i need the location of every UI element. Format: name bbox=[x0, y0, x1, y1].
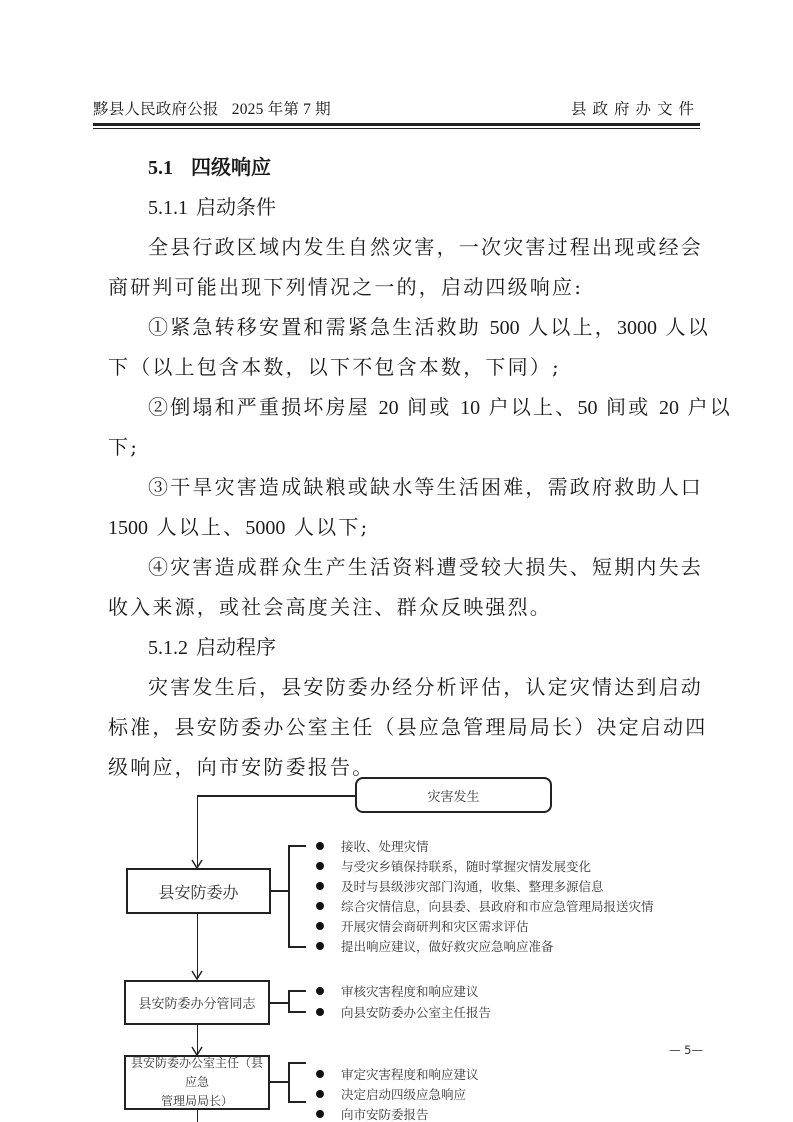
procedure-line: 灾害发生后，县安防委办经分析评估，认定灾情达到启动 bbox=[148, 671, 703, 700]
bullet-icon bbox=[316, 922, 324, 930]
task-text: 开展灾情会商研判和灾区需求评估 bbox=[341, 917, 529, 935]
condition-1-line-2: 下（以上包含本数，以下不包含本数，下同）; bbox=[108, 351, 561, 380]
number: 20 bbox=[379, 397, 399, 419]
bracket-line bbox=[288, 990, 290, 1012]
task-text: 综合灾情信息，向县委、县政府和市应急管理局报送灾情 bbox=[341, 897, 654, 915]
bracket-line bbox=[288, 990, 306, 992]
subsection-heading-conditions: 5.1.1启动条件 bbox=[148, 191, 276, 220]
condition-3-line: ③干旱灾害造成缺粮或缺水等生活困难，需政府救助人口 bbox=[148, 471, 703, 500]
subsection-number: 5.1.2 bbox=[148, 637, 188, 659]
bracket-line bbox=[270, 1081, 288, 1083]
connector-line bbox=[197, 795, 355, 797]
task-item: 审定灾害程度和响应建议 bbox=[316, 1065, 479, 1083]
task-item: 接收、处理灾情 bbox=[316, 837, 429, 855]
bullet-icon bbox=[316, 942, 324, 950]
bullet-icon bbox=[316, 1008, 324, 1016]
header-rule-thin bbox=[93, 128, 700, 129]
condition-3-line-2: 1500 人以上、5000 人以下; bbox=[108, 511, 369, 540]
number: 10 bbox=[460, 397, 480, 419]
task-text: 及时与县级涉灾部门沟通，收集、整理多源信息 bbox=[341, 877, 604, 895]
page-number: — 5— bbox=[669, 1043, 703, 1057]
bullet-icon bbox=[316, 1090, 324, 1098]
subsection-number: 5.1.1 bbox=[148, 197, 188, 219]
flow-node-county-office: 县安防委办 bbox=[126, 868, 271, 914]
task-text: 审定灾害程度和响应建议 bbox=[341, 1065, 479, 1083]
flow-start-label: 灾害发生 bbox=[427, 786, 479, 805]
task-text: 审核灾害程度和响应建议 bbox=[341, 982, 479, 1000]
publication-name: 黟县人民政府公报 bbox=[93, 100, 219, 118]
bullet-icon bbox=[316, 882, 324, 890]
node-label: 县安防委办 bbox=[158, 880, 238, 903]
task-item: 向市安防委报告 bbox=[316, 1105, 429, 1122]
text: 人以上， bbox=[528, 315, 617, 339]
task-item: 综合灾情信息，向县委、县政府和市应急管理局报送灾情 bbox=[316, 897, 654, 915]
bullet-icon bbox=[316, 987, 324, 995]
number: 5000 bbox=[245, 517, 285, 539]
text: 人以下; bbox=[294, 515, 370, 539]
bullet-icon bbox=[316, 1070, 324, 1078]
number: 500 bbox=[490, 317, 520, 339]
subsection-heading-procedure: 5.1.2启动程序 bbox=[148, 631, 276, 660]
bullet-icon bbox=[316, 902, 324, 910]
task-text: 与受灾乡镇保持联系，随时掌握灾情发展变化 bbox=[341, 857, 591, 875]
text: ①紧急转移安置和需紧急生活救助 bbox=[148, 315, 481, 339]
text: 户以 bbox=[688, 395, 732, 419]
flow-node-director: 县安防委办公室主任（县应急 管理局局长） bbox=[124, 1055, 270, 1110]
text: 间或 bbox=[606, 395, 650, 419]
bracket-line bbox=[271, 890, 288, 892]
task-item: 与受灾乡镇保持联系，随时掌握灾情发展变化 bbox=[316, 857, 591, 875]
bracket-line bbox=[288, 1062, 290, 1102]
number: 3000 bbox=[617, 317, 657, 339]
procedure-line: 标准，县安防委办公室主任（县应急管理局局长）决定启动四 bbox=[108, 711, 707, 740]
task-item: 向县安防委办公室主任报告 bbox=[316, 1003, 491, 1021]
task-item: 决定启动四级应急响应 bbox=[316, 1085, 466, 1103]
task-text: 决定启动四级应急响应 bbox=[341, 1085, 466, 1103]
condition-4-line-2: 收入来源，或社会高度关注、群众反映强烈。 bbox=[108, 591, 552, 620]
bullet-icon bbox=[316, 842, 324, 850]
text: 人以 bbox=[666, 315, 710, 339]
node-label: 县安防委办公室主任（县应急 bbox=[126, 1054, 268, 1092]
procedure-line: 级响应，向市安防委报告。 bbox=[108, 751, 374, 780]
text: 户以上、 bbox=[489, 395, 578, 419]
bullet-icon bbox=[316, 862, 324, 870]
section-number: 5.1 bbox=[148, 157, 173, 179]
text: ②倒塌和严重损坏房屋 bbox=[148, 395, 370, 419]
task-item: 提出响应建议，做好救灾应急响应准备 bbox=[316, 937, 554, 955]
flow-start-box: 灾害发生 bbox=[355, 777, 552, 813]
condition-4-line: ④灾害造成群众生产生活资料遭受较大损失、短期内失去 bbox=[148, 551, 703, 580]
task-text: 提出响应建议，做好救灾应急响应准备 bbox=[341, 937, 554, 955]
number: 20 bbox=[659, 397, 679, 419]
header-section: 县政府办文件 bbox=[571, 97, 700, 119]
node-label: 县安防委办分管同志 bbox=[138, 993, 255, 1012]
node-label: 管理局局长） bbox=[161, 1092, 233, 1111]
flow-node-deputy: 县安防委办分管同志 bbox=[124, 980, 270, 1025]
text: 人以上、 bbox=[157, 515, 246, 539]
task-text: 向市安防委报告 bbox=[341, 1105, 429, 1122]
number: 1500 bbox=[108, 517, 148, 539]
paragraph-line: 商研判可能出现下列情况之一的，启动四级响应: bbox=[108, 271, 583, 300]
bracket-line bbox=[288, 1011, 306, 1013]
paragraph-line: 全县行政区域内发生自然灾害，一次灾害过程出现或经会 bbox=[148, 231, 703, 260]
connector-line bbox=[197, 795, 199, 866]
issue-number: 2025 年第 7 期 bbox=[232, 101, 331, 118]
subsection-title: 启动条件 bbox=[196, 195, 276, 219]
task-item: 审核灾害程度和响应建议 bbox=[316, 982, 479, 1000]
section-title: 四级响应 bbox=[191, 155, 271, 179]
connector-line bbox=[197, 914, 199, 978]
bracket-line bbox=[288, 1101, 306, 1103]
bracket-line bbox=[270, 1002, 288, 1004]
connector-line bbox=[197, 1110, 199, 1122]
number: 50 bbox=[577, 397, 597, 419]
task-item: 开展灾情会商研判和灾区需求评估 bbox=[316, 917, 529, 935]
task-item: 及时与县级涉灾部门沟通，收集、整理多源信息 bbox=[316, 877, 604, 895]
bracket-line bbox=[288, 1062, 306, 1064]
bullet-icon bbox=[316, 1110, 324, 1118]
text: 间或 bbox=[407, 395, 451, 419]
section-heading: 5.1四级响应 bbox=[148, 151, 271, 180]
header-rule-thick bbox=[93, 123, 700, 126]
bracket-line bbox=[288, 946, 306, 948]
bracket-line bbox=[288, 845, 306, 847]
subsection-title: 启动程序 bbox=[196, 635, 276, 659]
condition-2-line-2: 下; bbox=[108, 431, 139, 460]
bracket-line bbox=[288, 845, 290, 947]
condition-2-line: ②倒塌和严重损坏房屋 20 间或 10 户以上、50 间或 20 户以 bbox=[148, 391, 732, 420]
task-text: 接收、处理灾情 bbox=[341, 837, 429, 855]
task-text: 向县安防委办公室主任报告 bbox=[341, 1003, 491, 1021]
condition-1-line: ①紧急转移安置和需紧急生活救助 500 人以上，3000 人以 bbox=[148, 311, 710, 340]
header-publication: 黟县人民政府公报 2025 年第 7 期 bbox=[93, 97, 331, 119]
